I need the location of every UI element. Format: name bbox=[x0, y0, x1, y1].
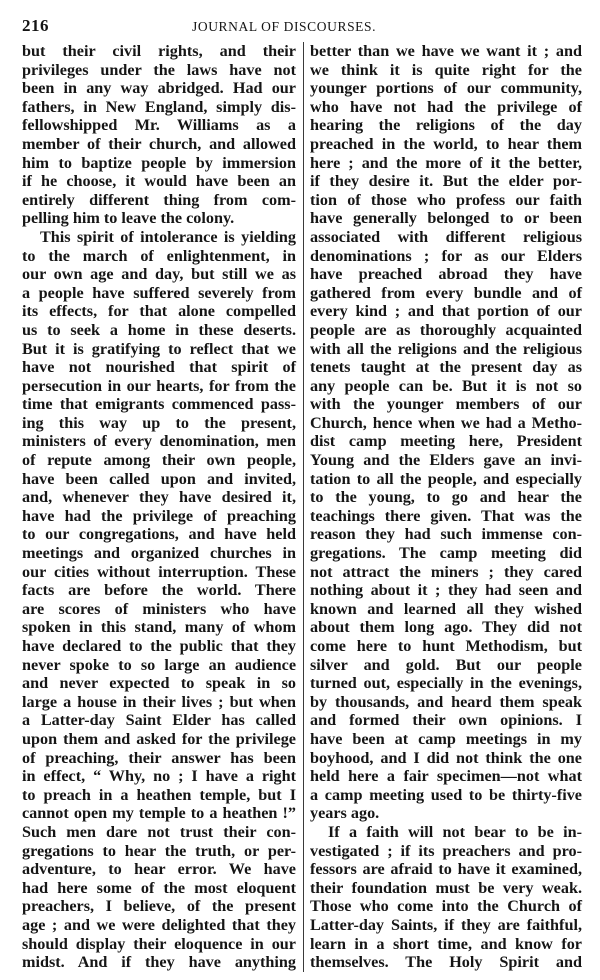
text-line: persecution in our hearts, for from the bbox=[22, 377, 296, 396]
text-line: Latter-day Saints, if they are faithful, bbox=[310, 916, 582, 935]
text-line: their foundation must be very weak. bbox=[310, 879, 582, 898]
text-line: to the young, to go and hear the bbox=[310, 488, 582, 507]
text-line: If a faith will not bear to be in- bbox=[310, 823, 582, 842]
text-line: better than we have we want it ; and bbox=[310, 42, 582, 61]
text-line: to the march of enlightenment, in bbox=[22, 247, 296, 266]
text-line: time that emigrants commenced pass- bbox=[22, 395, 296, 414]
text-line: with the younger members of our bbox=[310, 395, 582, 414]
text-line: tation to all the people, and especially bbox=[310, 470, 582, 489]
text-line: had here some of the most eloquent bbox=[22, 879, 296, 898]
text-line: Young and the Elders gave an invi- bbox=[310, 451, 582, 470]
running-title: JOURNAL OF DISCOURSES. bbox=[192, 19, 376, 35]
text-line: ministers of every denomination, men bbox=[22, 432, 296, 451]
text-line: about them long ago. They did not bbox=[310, 618, 582, 637]
text-line: held here a fair specimen—not what bbox=[310, 767, 582, 786]
text-line: not attract the miners ; they cared bbox=[310, 563, 582, 582]
text-line: spoken in this stand, many of whom bbox=[22, 618, 296, 637]
text-line: if he choose, it would have been an bbox=[22, 172, 296, 191]
text-line: This spirit of intolerance is yielding bbox=[22, 228, 296, 247]
text-line: preachers, I believe, of the present bbox=[22, 897, 296, 916]
text-line: fessors are afraid to have it examined, bbox=[310, 860, 582, 879]
text-line: hearing the religions of the day bbox=[310, 116, 582, 135]
text-line: but their civil rights, and their bbox=[22, 42, 296, 61]
text-line: turned out, especially in the evenings, bbox=[310, 674, 582, 693]
text-line: cannot open my temple to a heathen !” bbox=[22, 804, 296, 823]
text-line: here ; and the more of it the better, bbox=[310, 154, 582, 173]
text-line: learn in a short time, and know for bbox=[310, 935, 582, 954]
left-column: but their civil rights, and theirprivile… bbox=[22, 42, 296, 972]
text-line: gregations. The camp meeting did bbox=[310, 544, 582, 563]
text-line: fellowshipped Mr. Williams as a bbox=[22, 116, 296, 135]
text-line: have generally belonged to or been bbox=[310, 209, 582, 228]
text-line: preached in the world, to hear them bbox=[310, 135, 582, 154]
text-line: we think it is quite right for the bbox=[310, 61, 582, 80]
text-line: associated with different religious bbox=[310, 228, 582, 247]
text-line: people are as thoroughly acquainted bbox=[310, 321, 582, 340]
text-line: silver and gold. But our people bbox=[310, 656, 582, 675]
text-line: every kind ; and that portion of our bbox=[310, 302, 582, 321]
text-line: have declared to the public that they bbox=[22, 637, 296, 656]
text-line: a camp meeting used to be thirty-five bbox=[310, 786, 582, 805]
text-line: upon them and asked for the privilege bbox=[22, 730, 296, 749]
text-line: known and learned all they wished bbox=[310, 600, 582, 619]
text-line: our cities without interruption. These bbox=[22, 563, 296, 582]
text-line: ing this way up to the present, bbox=[22, 414, 296, 433]
page-number: 216 bbox=[22, 16, 49, 36]
text-line: of repute among their own people, bbox=[22, 451, 296, 470]
text-line: privileges under the laws have not bbox=[22, 61, 296, 80]
text-line: have been called upon and invited, bbox=[22, 470, 296, 489]
text-line: midst. And if they have anything bbox=[22, 953, 296, 972]
text-line: us to seek a home in these deserts. bbox=[22, 321, 296, 340]
text-line: vestigated ; if its preachers and pro- bbox=[310, 842, 582, 861]
text-line: gregations to hear the truth, or per- bbox=[22, 842, 296, 861]
text-line: gathered from every bundle and of bbox=[310, 284, 582, 303]
text-line: been in any way abridged. Had our bbox=[22, 79, 296, 98]
text-line: in effect, “ Why, no ; I have a right bbox=[22, 767, 296, 786]
text-line: member of their church, and allowed bbox=[22, 135, 296, 154]
text-line: a people have suffered severely from bbox=[22, 284, 296, 303]
text-line: and formed their own opinions. I bbox=[310, 711, 582, 730]
text-line: have preached abroad they have bbox=[310, 265, 582, 284]
text-line: themselves. The Holy Spirit and bbox=[310, 953, 582, 972]
text-line: dist camp meeting here, President bbox=[310, 432, 582, 451]
text-line: have been at camp meetings in my bbox=[310, 730, 582, 749]
text-line: years ago. bbox=[310, 804, 582, 823]
text-line: facts are before the world. There bbox=[22, 581, 296, 600]
text-line: denominations ; for as our Elders bbox=[310, 247, 582, 266]
text-line: boyhood, and I did not think the one bbox=[310, 749, 582, 768]
text-line: tion of those who profess our faith bbox=[310, 191, 582, 210]
text-line: Church, hence when we had a Metho- bbox=[310, 414, 582, 433]
text-line: never spoke to so large an audience bbox=[22, 656, 296, 675]
text-line: and never expected to speak in so bbox=[22, 674, 296, 693]
column-divider bbox=[303, 42, 304, 972]
text-line: But it is gratifying to reflect that we bbox=[22, 340, 296, 359]
text-line: by thousands, and heard them speak bbox=[310, 693, 582, 712]
text-line: should display their eloquence in our bbox=[22, 935, 296, 954]
text-line: him to baptize people by immersion bbox=[22, 154, 296, 173]
text-line: nothing about it ; they had seen and bbox=[310, 581, 582, 600]
text-line: teachings there given. That was the bbox=[310, 507, 582, 526]
text-line: have not nourished that spirit of bbox=[22, 358, 296, 377]
text-line: younger portions of our community, bbox=[310, 79, 582, 98]
text-line: its effects, for that alone compelled bbox=[22, 302, 296, 321]
text-line: and, whenever they have desired it, bbox=[22, 488, 296, 507]
page-header: 216 JOURNAL OF DISCOURSES. bbox=[22, 16, 582, 36]
text-line: meetings and organized churches in bbox=[22, 544, 296, 563]
text-line: who have not had the privilege of bbox=[310, 98, 582, 117]
text-line: any people can be. But it is not so bbox=[310, 377, 582, 396]
text-line: come here to hunt Methodism, but bbox=[310, 637, 582, 656]
text-line: with all the religions and the religious bbox=[310, 340, 582, 359]
text-line: Such men dare not trust their con- bbox=[22, 823, 296, 842]
text-line: Those who come into the Church of bbox=[310, 897, 582, 916]
text-line: tenets taught at the present day as bbox=[310, 358, 582, 377]
text-line: large a house in their lives ; but when bbox=[22, 693, 296, 712]
text-line: entirely different thing from com- bbox=[22, 191, 296, 210]
text-line: age ; and we were delighted that they bbox=[22, 916, 296, 935]
text-line: adventure, to hear error. We have bbox=[22, 860, 296, 879]
text-line: if they desire it. But the elder por- bbox=[310, 172, 582, 191]
text-line: of preaching, their answer has been bbox=[22, 749, 296, 768]
text-line: to our congregations, and have held bbox=[22, 525, 296, 544]
text-line: to preach in a heathen temple, but I bbox=[22, 786, 296, 805]
text-line: fathers, in New England, simply dis- bbox=[22, 98, 296, 117]
text-line: our own age and day, but still we as bbox=[22, 265, 296, 284]
text-line: reason they had such immense con- bbox=[310, 525, 582, 544]
right-column: better than we have we want it ; andwe t… bbox=[310, 42, 582, 972]
text-line: are scores of ministers who have bbox=[22, 600, 296, 619]
text-line: have had the privilege of preaching bbox=[22, 507, 296, 526]
text-line: a Latter-day Saint Elder has called bbox=[22, 711, 296, 730]
text-line: pelling him to leave the colony. bbox=[22, 209, 296, 228]
